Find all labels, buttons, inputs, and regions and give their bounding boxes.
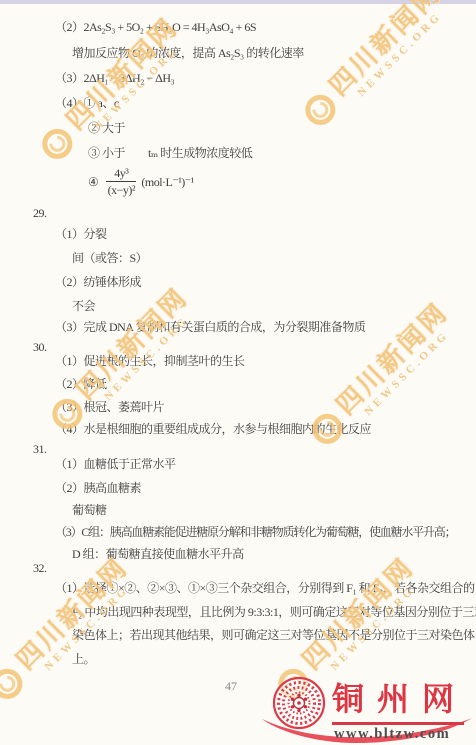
watermark-swirl-icon bbox=[299, 88, 341, 130]
watermark-en-text: NEWSSC.ORG bbox=[355, 10, 444, 99]
answer-paragraph: （1）选择①×②、②×③、①×③三个杂交组合，分别得到 F₁ 和 F₂，若各杂交… bbox=[55, 577, 476, 671]
answer-line: （3）2ΔH₁ − 3ΔH₂ − ΔH₃ bbox=[55, 71, 174, 85]
question-number: 32. bbox=[33, 561, 47, 575]
answer-line: （1）分裂 bbox=[55, 227, 107, 241]
answer-line: （3）C组：胰高血糖素能促进糖原分解和非糖物质转化为葡萄糖，使血糖水平升高； bbox=[55, 525, 455, 539]
site-logo-underline bbox=[332, 722, 464, 725]
answer-line: ② 大于 bbox=[88, 121, 125, 135]
site-logo-url: www.bltzw.com bbox=[334, 726, 450, 743]
answer-line: （3）根冠、萎蔫叶片 bbox=[55, 400, 164, 414]
answer-line: （2）纺锤体形成 bbox=[55, 275, 141, 289]
watermark-swirl-icon bbox=[0, 662, 28, 704]
answer-line: （4）① a、c bbox=[55, 96, 119, 110]
page-top-band bbox=[0, 0, 476, 4]
watermark-en-text: NEWSSC.ORG bbox=[362, 329, 451, 418]
fraction: 4y³ (x−y)² bbox=[106, 166, 136, 197]
site-logo-name: 铜州网 bbox=[332, 682, 467, 716]
answer-line: ③ 小于 tₘ 时生成物浓度较低 bbox=[88, 146, 252, 160]
watermark-swirl-icon bbox=[36, 122, 78, 164]
page-number: 47 bbox=[225, 679, 237, 694]
answer-line: 增加反应物 O₂ 的浓度，提高 As₂S₃ 的转化速率 bbox=[72, 46, 304, 60]
answer-line: （2）降低 bbox=[55, 377, 107, 391]
question-number: 29. bbox=[33, 206, 47, 220]
answer-line: 不会 bbox=[72, 299, 95, 313]
question-number: 30. bbox=[33, 340, 47, 354]
watermark-cn-text: 四川新闻网 bbox=[320, 0, 449, 103]
watermark-stamp: 四川新闻网 NEWSSC.ORG bbox=[293, 0, 456, 137]
question-number: 31. bbox=[33, 442, 47, 456]
answer-line: 葡萄糖 bbox=[72, 503, 107, 517]
answer-line-fraction: ④ 4y³ (x−y)² (mol·L⁻¹)⁻¹ bbox=[88, 166, 194, 197]
answer-line: 间（或答：S） bbox=[72, 251, 147, 265]
fraction-denominator: (x−y)² bbox=[108, 182, 135, 197]
answer-line: （4）水是根细胞的重要组成成分，水参与根细胞内的生化反应 bbox=[55, 422, 371, 436]
answer-line: （2）胰高血糖素 bbox=[55, 481, 141, 495]
answer-line: （3）完成 DNA 复制和有关蛋白质的合成，为分裂期准备物质 bbox=[55, 320, 365, 334]
answer-line: （2）2As₂S₃ + 5O₂ + 6H₂O = 4H₃AsO₄ + 6S bbox=[55, 20, 256, 34]
answer-line: （1）促进根的生长，抑制茎叶的生长 bbox=[55, 354, 245, 368]
answer-line: （1）血糖低于正常水平 bbox=[55, 457, 176, 471]
site-logo: 铜州网 www.bltzw.com bbox=[268, 668, 474, 744]
answer-line: D 组：葡萄糖直接使血糖水平升高 bbox=[72, 547, 244, 561]
watermark-cn-text: 四川新闻网 bbox=[327, 293, 456, 422]
fraction-numerator: 4y³ bbox=[106, 166, 136, 182]
fraction-marker: ④ bbox=[88, 175, 98, 189]
fraction-unit: (mol·L⁻¹)⁻¹ bbox=[141, 175, 193, 189]
